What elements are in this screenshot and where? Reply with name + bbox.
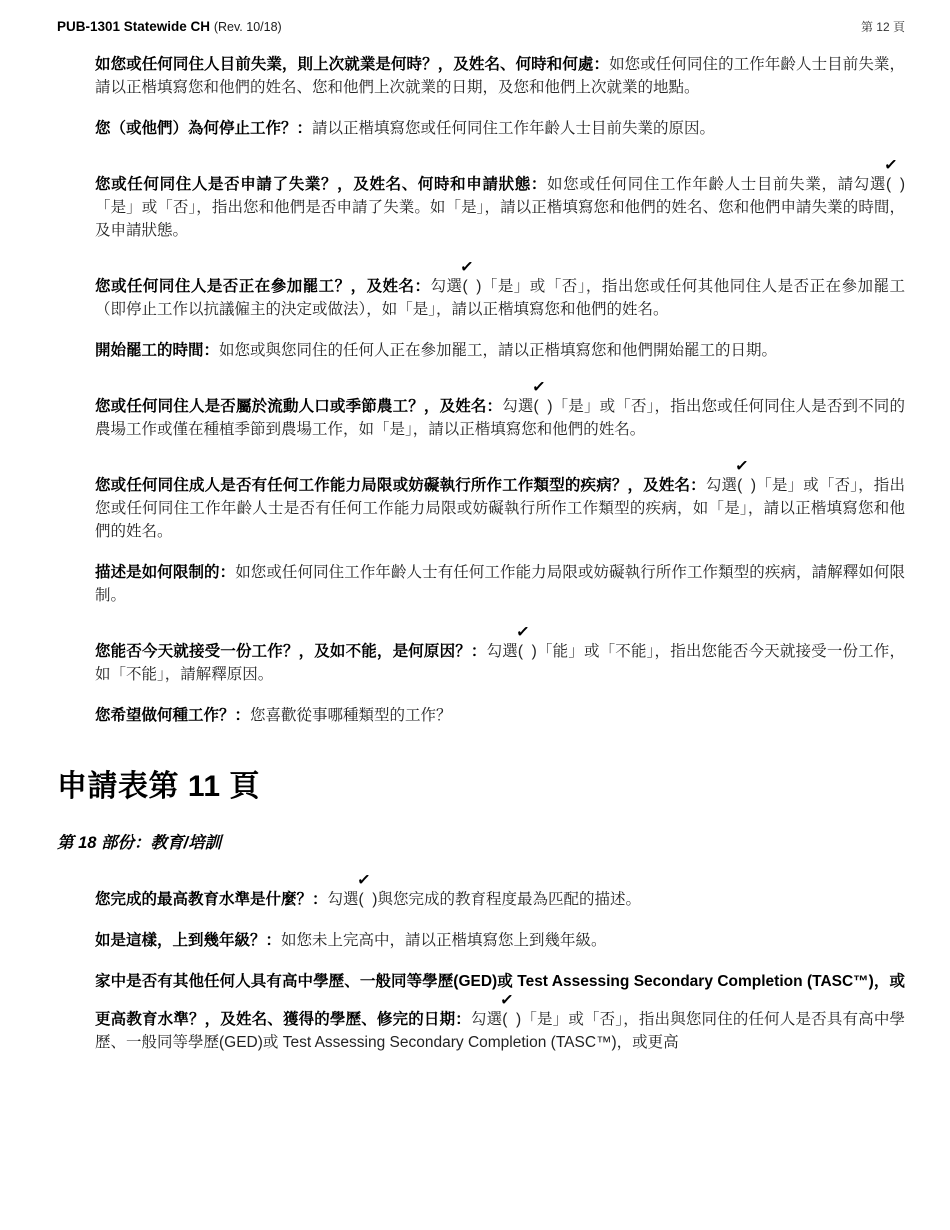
instruction-paragraph: 您或任何同住人是否正在參加罷工？，及姓名：勾選✓( )「是」或「否」，指出您或任… — [95, 260, 905, 321]
paren-text: ( ) — [534, 398, 553, 415]
document-id: PUB-1301 Statewide CH (Rev. 10/18) — [57, 19, 282, 34]
question-label: 您或任何同住成人是否有任何工作能力局限或妨礙執行所作工作類型的疾病？，及姓名： — [95, 477, 706, 494]
instruction-text: 勾選 — [706, 477, 737, 494]
checkbox-parens: ✓( ) — [359, 873, 378, 911]
checkbox-parens: ✓( ) — [737, 459, 756, 497]
instruction-paragraph: 您希望做何種工作？：您喜歡從事哪種類型的工作？ — [95, 704, 905, 727]
paren-text: ( ) — [518, 643, 537, 660]
instruction-paragraph: 您能否今天就接受一份工作？，及如不能，是何原因？：勾選✓( )「能」或「不能」，… — [95, 625, 905, 686]
question-label: 您完成的最高教育水準是什麼？： — [95, 891, 328, 908]
question-label: 開始罷工的時間： — [95, 342, 219, 359]
instruction-text: 勾選 — [471, 1011, 502, 1028]
instruction-paragraph: 開始罷工的時間：如您或與您同住的任何人正在參加罷工，請以正楷填寫您和他們開始罷工… — [95, 339, 905, 362]
document-body: 如您或任何同住人目前失業，則上次就業是何時？，及姓名、何時和何處：如您或任何同住… — [57, 53, 905, 1054]
page-header: PUB-1301 Statewide CH (Rev. 10/18) 第 12 … — [57, 18, 905, 35]
checkmark-icon: ✓ — [460, 259, 475, 276]
paren-text: ( ) — [737, 477, 756, 494]
question-label: 您能否今天就接受一份工作？，及如不能，是何原因？： — [95, 643, 487, 660]
instruction-paragraph: 您或任何同住人是否屬於流動人口或季節農工？，及姓名：勾選✓( )「是」或「否」，… — [95, 380, 905, 441]
question-label: 如您或任何同住人目前失業，則上次就業是何時？，及姓名、何時和何處： — [95, 56, 609, 73]
instruction-paragraph: 您或任何同住成人是否有任何工作能力局限或妨礙執行所作工作類型的疾病？，及姓名：勾… — [95, 459, 905, 543]
form-page-heading: 申請表第 11 頁 — [57, 761, 905, 805]
instruction-text: 請以正楷填寫您或任何同住工作年齡人士目前失業的原因。 — [312, 120, 715, 137]
question-label: 您（或他們）為何停止工作？： — [95, 120, 312, 137]
question-label: 如是這樣，上到幾年級？： — [95, 932, 281, 949]
instruction-paragraph: 您（或他們）為何停止工作？：請以正楷填寫您或任何同住工作年齡人士目前失業的原因。 — [95, 117, 905, 140]
paren-text: ( ) — [359, 891, 378, 908]
instruction-text: 勾選 — [502, 398, 533, 415]
checkmark-icon: ✓ — [883, 157, 898, 174]
paren-text: ( ) — [886, 176, 905, 193]
question-label: 您希望做何種工作？： — [95, 707, 250, 724]
checkbox-parens: ✓( ) — [886, 158, 905, 196]
instruction-text: 如您或與您同住的任何人正在參加罷工，請以正楷填寫您和他們開始罷工的日期。 — [219, 342, 777, 359]
document-title: PUB-1301 Statewide CH — [57, 19, 210, 34]
instruction-paragraph: 描述是如何限制的：如您或任何同住工作年齡人士有任何工作能力局限或妨礙執行所作工作… — [95, 561, 905, 607]
checkmark-icon: ✓ — [515, 624, 530, 641]
page-number: 第 12 頁 — [861, 18, 905, 35]
instruction-text: 如您未上完高中，請以正楷填寫您上到幾年級。 — [281, 932, 607, 949]
checkmark-icon: ✓ — [531, 379, 546, 396]
instruction-text: 勾選 — [430, 278, 462, 295]
section-heading: 第 18 部份：教育/培訓 — [57, 829, 905, 853]
instruction-text: 如您或任何同住工作年齡人士目前失業，請勾選 — [547, 176, 886, 193]
instruction-text: 「是」或「否」，指出您和他們是否申請了失業。如「是」，請以正楷填寫您和他們的姓名… — [95, 199, 905, 239]
document-revision: (Rev. 10/18) — [214, 20, 282, 34]
instruction-paragraph: 家中是否有其他任何人具有高中學歷、一般同等學歷(GED)或 Test Asses… — [95, 970, 905, 1054]
checkbox-parens: ✓( ) — [502, 993, 521, 1031]
checkbox-parens: ✓( ) — [518, 625, 537, 663]
document-page: PUB-1301 Statewide CH (Rev. 10/18) 第 12 … — [0, 0, 950, 1230]
paren-text: ( ) — [462, 278, 481, 295]
question-label: 您或任何同住人是否申請了失業？，及姓名、何時和申請狀態： — [95, 176, 547, 193]
checkmark-icon: ✓ — [499, 992, 514, 1009]
instruction-paragraph: 您或任何同住人是否申請了失業？，及姓名、何時和申請狀態：如您或任何同住工作年齡人… — [95, 158, 905, 242]
checkbox-parens: ✓( ) — [534, 380, 553, 418]
paren-text: ( ) — [502, 1011, 521, 1028]
question-label: 描述是如何限制的： — [95, 564, 235, 581]
instruction-text: 您喜歡從事哪種類型的工作？ — [250, 707, 452, 724]
instruction-text: 勾選 — [487, 643, 518, 660]
checkmark-icon: ✓ — [356, 872, 371, 889]
question-label: 您或任何同住人是否屬於流動人口或季節農工？，及姓名： — [95, 398, 502, 415]
instruction-text: 勾選 — [328, 891, 359, 908]
instruction-text: 與您完成的教育程度最為匹配的描述。 — [377, 891, 641, 908]
checkmark-icon: ✓ — [734, 458, 749, 475]
question-label: 您或任何同住人是否正在參加罷工？，及姓名： — [95, 278, 430, 295]
instruction-paragraph: 如是這樣，上到幾年級？：如您未上完高中，請以正楷填寫您上到幾年級。 — [95, 929, 905, 952]
instruction-paragraph: 如您或任何同住人目前失業，則上次就業是何時？，及姓名、何時和何處：如您或任何同住… — [95, 53, 905, 99]
instruction-paragraph: 您完成的最高教育水準是什麼？：勾選✓( )與您完成的教育程度最為匹配的描述。 — [95, 873, 905, 911]
checkbox-parens: ✓( ) — [462, 260, 481, 298]
